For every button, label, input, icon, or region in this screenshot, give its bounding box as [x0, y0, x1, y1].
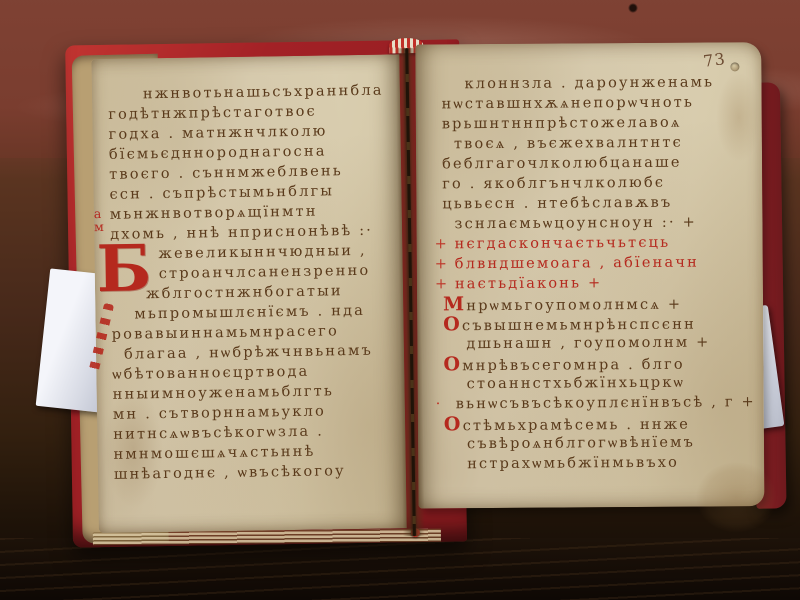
line-text: ѡбѣтованноєцртвода — [112, 364, 309, 383]
text-line: ·вьнѡсъвъсѣкоуплєнїнвъсѣ , г + — [444, 392, 758, 414]
line-text: мьпромышлєнїємъ . нда — [134, 303, 365, 323]
text-line: беблгагочлколюбцанаше — [442, 152, 756, 174]
text-line: дшьнашн , гоупомолнм + — [443, 332, 757, 354]
line-text: стѣмьхрамѣсемь . ннже — [463, 417, 690, 435]
text-line: нстрахѡмьбжїнмьвъхо — [444, 452, 758, 474]
table-edge — [0, 538, 800, 600]
rubric-initial: М — [443, 293, 466, 315]
line-text: шнѣагоднє , ѡвъсѣкогоу — [114, 463, 346, 483]
text-line: +блвндшемоага , абїеначн — [443, 252, 757, 274]
line-text: нмнмошєшѧчѧстьннѣ — [113, 444, 315, 463]
line-text: бїємьєдннороднагосна — [109, 143, 327, 162]
text-line: Осъвышнемьмнрѣнспсєнн — [443, 312, 757, 334]
text-line: шнѣагоднє , ѡвъсѣкогоу — [114, 460, 398, 484]
wormhole — [730, 62, 739, 71]
line-text: стоаннстхьбжїнхьцркѡ — [467, 375, 685, 393]
line-text: го . якоблгънчлколюбє — [442, 175, 665, 193]
initial-letter: Б — [96, 240, 152, 299]
text-line: стоаннстхьбжїнхьцркѡ — [444, 372, 758, 394]
line-text: нєгдаскончаєтьчьтєць — [455, 235, 671, 253]
text-line: Остѣмьхрамѣсемь . ннже — [444, 412, 758, 434]
line-text: нныимноуженамьблгть — [113, 383, 335, 402]
line-text: мн . сътворннамьукло — [113, 403, 326, 422]
line-text: єсн . съпрѣстымьнблгы — [109, 183, 334, 203]
text-line: нѡставшнхѫѧнепорѡчноть — [442, 92, 756, 114]
line-text: мнрѣвъсегомнра . блго — [462, 357, 685, 375]
line-text: мьнжнвотворѧщїнмтн — [110, 204, 318, 223]
text-line: го . якоблгънчлколюбє — [442, 172, 756, 194]
left-page: ам Б нжнвотьнашьсъхраннблагодѣтнжпрѣстаг… — [91, 54, 406, 533]
margin-note: ам — [94, 207, 107, 233]
line-text: съвышнемьмнрѣнспсєнн — [462, 317, 696, 335]
line-text: нжнвотьнашьсъхраннбла — [143, 83, 384, 103]
line-text: нѡставшнхѫѧнепорѡчноть — [442, 95, 695, 113]
text-line: Мнрѡмьгоупомолнмсѧ + — [443, 292, 757, 314]
text-line: цьвьєсн . нтебѣславѫвъ — [442, 192, 756, 214]
text-line: врьшнтннпрѣстожелавоѧ — [442, 112, 756, 134]
line-text: зснлаємьѡцоунсноун :· + — [454, 215, 697, 233]
text-line: зснлаємьѡцоунсноун :· + — [442, 212, 756, 234]
folio-number: 73 — [702, 49, 727, 71]
line-text: наєтьдїаконь + — [455, 275, 603, 292]
manuscript-book: ам Б нжнвотьнашьсъхраннблагодѣтнжпрѣстаг… — [51, 24, 789, 547]
line-text: нрѡмьгоупомолнмсѧ + — [466, 297, 682, 315]
text-line: твоєѧ , въєжехвалнтнтє — [442, 132, 756, 154]
line-text: клоннзла . дароунженамь — [464, 74, 714, 92]
rubric-initial: О — [443, 353, 462, 375]
line-text: беблгагочлколюбцанаше — [442, 155, 682, 173]
line-text: вьнѡсъвъсѣкоуплєнїнвъсѣ , г + — [456, 394, 756, 412]
photo-scene: ам Б нжнвотьнашьсъхраннблагодѣтнжпрѣстаг… — [0, 0, 800, 600]
rubric-cross-marker: + — [435, 234, 455, 254]
rubric-initial: О — [444, 413, 463, 435]
rubric-cross-marker: · — [436, 394, 456, 414]
line-text: твоєѧ , въєжехвалнтнтє — [454, 135, 683, 153]
line-text: твоєго . съннмжеблвень — [109, 163, 343, 183]
rubric-initial: О — [443, 313, 462, 335]
line-text: дшьнашн , гоупомолнм + — [466, 334, 710, 352]
line-text: нстрахѡмьбжїнмьвъхо — [467, 455, 679, 472]
rubric-cross-marker: + — [435, 274, 455, 294]
text-line: съвѣроѧнблгогѡвѣнїемъ — [444, 432, 758, 454]
rubric-cross-marker: + — [435, 254, 455, 274]
text-line: Омнрѣвъсегомнра . блго — [443, 352, 757, 374]
line-text: годха . матнжнчлколю — [108, 123, 327, 142]
line-text: благаа , нѡбрѣжчнвьнамъ — [124, 343, 373, 363]
line-text: врьшнтннпрѣстожелавоѧ — [442, 115, 682, 133]
line-text: нитнсѧѡвъсѣкогѡзла . — [113, 424, 324, 443]
line-text: жевеликыннчюдныи , — [158, 243, 367, 262]
line-text: строанчлсанензренно — [159, 263, 371, 282]
line-text: съвѣроѧнблгогѡвѣнїемъ — [467, 435, 695, 453]
line-text: жблгостнжнбогатыи — [146, 283, 343, 302]
text-line: +наєтьдїаконь + — [443, 272, 757, 294]
line-text: ровавыиннамьмнрасего — [112, 323, 339, 343]
right-page: 73 клоннзла . дароунженамьнѡставшнхѫѧнеп… — [415, 42, 764, 508]
line-text: блвндшемоага , абїеначн — [455, 255, 699, 273]
line-text: годѣтнжпрѣстаготвоє — [108, 104, 317, 123]
right-page-text: клоннзла . дароунженамьнѡставшнхѫѧнепорѡ… — [441, 72, 758, 474]
line-text: цьвьєсн . нтебѣславѫвъ — [442, 195, 672, 213]
text-line: +нєгдаскончаєтьчьтєць — [443, 232, 757, 254]
text-line: клоннзла . дароунженамь — [441, 72, 755, 94]
